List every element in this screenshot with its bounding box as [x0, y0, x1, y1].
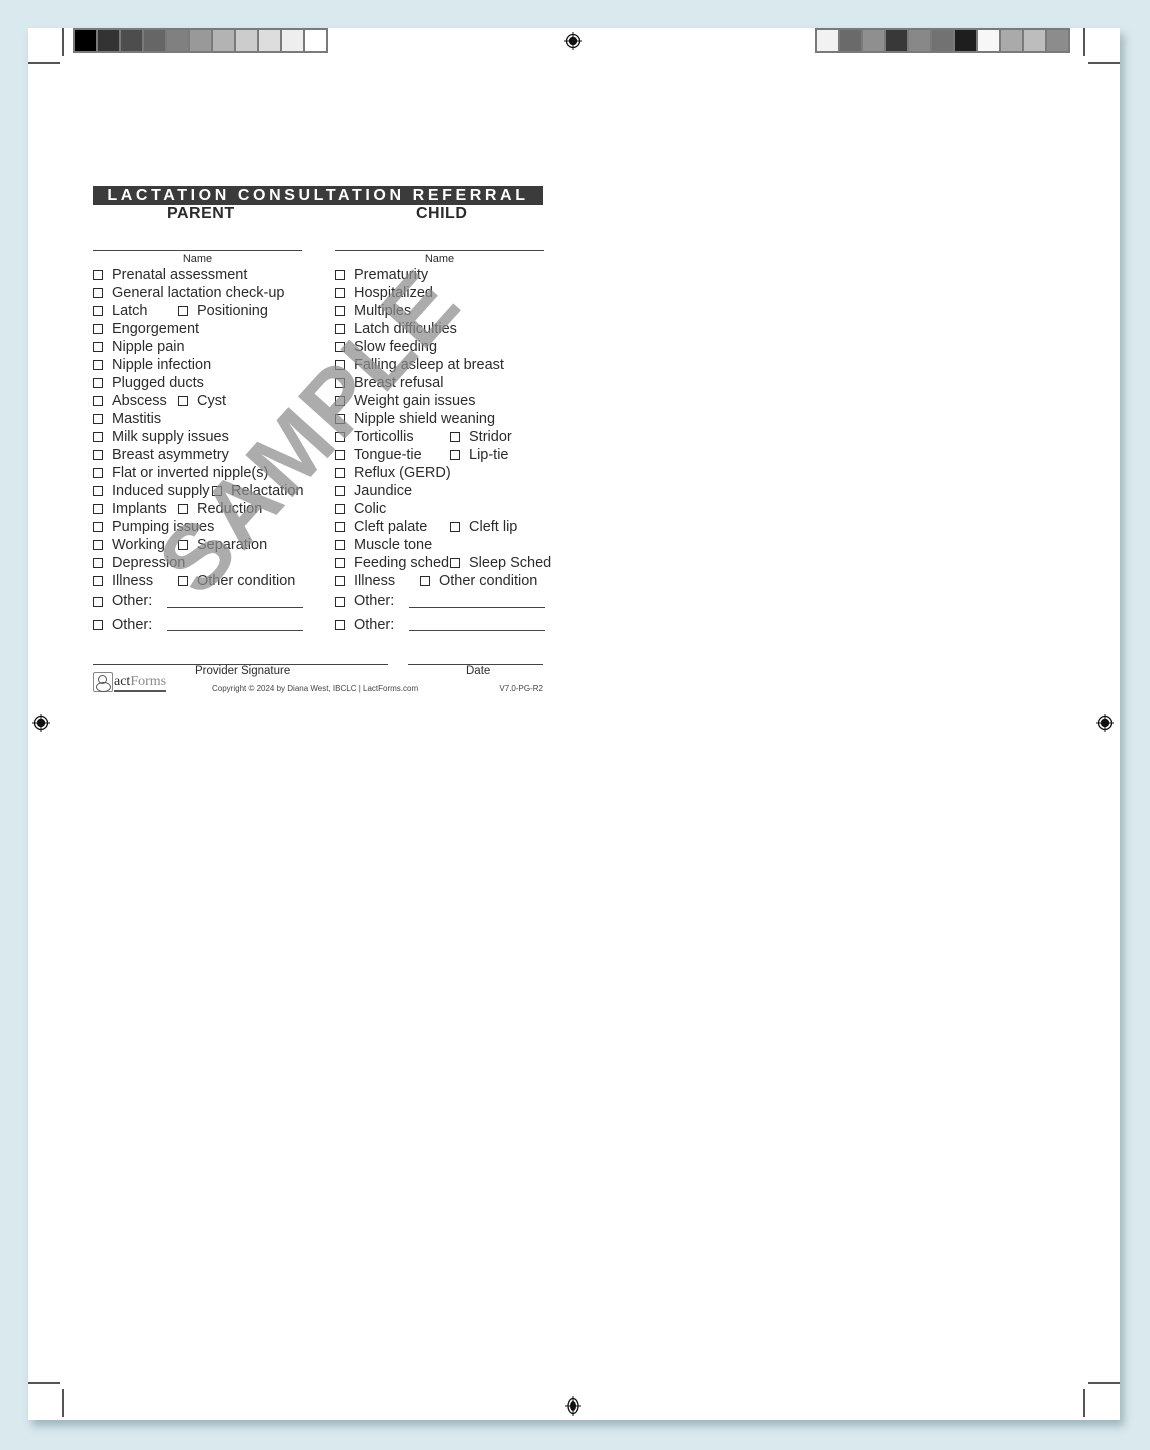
checklist-item[interactable]: Falling asleep at breast [335, 356, 504, 374]
checkbox[interactable] [335, 597, 345, 607]
checklist-row: Jaundice [335, 482, 544, 500]
checkbox[interactable] [93, 270, 103, 280]
checklist-row: Breast asymmetry [93, 446, 302, 464]
checkbox[interactable] [335, 540, 345, 550]
other-row: Other: [93, 614, 302, 638]
checkbox-label: Flat or inverted nipple(s) [112, 464, 268, 482]
checklist-item[interactable]: Working [93, 536, 165, 554]
checkbox[interactable] [178, 576, 188, 586]
checkbox-label: Breast refusal [354, 374, 443, 392]
color-swatch [1001, 30, 1022, 51]
checklist-item[interactable]: Hospitalized [335, 284, 433, 302]
color-swatch [1024, 30, 1045, 51]
checkbox-label: Cleft lip [469, 518, 517, 536]
color-swatch [978, 30, 999, 51]
checklist-row: LatchPositioning [93, 302, 302, 320]
color-calibration-bar-right [815, 28, 1070, 53]
checklist-row: Prenatal assessment [93, 266, 302, 284]
checkbox[interactable] [178, 540, 188, 550]
crop-mark [62, 1389, 64, 1417]
checklist-item[interactable]: Plugged ducts [93, 374, 204, 392]
checkbox[interactable] [335, 378, 345, 388]
checkbox-label: Reflux (GERD) [354, 464, 451, 482]
checkbox[interactable] [93, 342, 103, 352]
form-footer: Provider Signature Date actForms Copyrig… [93, 664, 543, 704]
child-column: Name PrematurityHospitalizedMultiplesLat… [335, 250, 544, 637]
checklist-item[interactable]: Lip-tie [450, 446, 509, 464]
checklist-item[interactable]: Nipple shield weaning [335, 410, 495, 428]
checklist-item[interactable]: Mastitis [93, 410, 161, 428]
checkbox-label: Prematurity [354, 266, 428, 284]
other-row: Other: [335, 590, 544, 614]
checkbox-label: Abscess [112, 392, 167, 410]
date-label: Date [466, 665, 490, 677]
color-calibration-bar-left [73, 28, 328, 53]
checkbox-label: General lactation check-up [112, 284, 285, 302]
crop-mark [1083, 1389, 1085, 1417]
checklist-item[interactable]: Breast asymmetry [93, 446, 229, 464]
checkbox-label: Prenatal assessment [112, 266, 247, 284]
checkbox[interactable] [93, 396, 103, 406]
checkbox-label: Nipple infection [112, 356, 211, 374]
checklist-row: Nipple shield weaning [335, 410, 544, 428]
parent-name-label: Name [93, 252, 302, 266]
checkbox[interactable] [335, 342, 345, 352]
checkbox[interactable] [450, 450, 460, 460]
checklist-row: Pumping issues [93, 518, 302, 536]
checkbox-label: Falling asleep at breast [354, 356, 504, 374]
other-row: Other: [335, 614, 544, 638]
checklist-row: AbscessCyst [93, 392, 302, 410]
checklist-item[interactable]: Relactation [212, 482, 304, 500]
checklist-item[interactable]: Depression [93, 554, 185, 572]
checklist-row: Tongue-tieLip-tie [335, 446, 544, 464]
checkbox-label: Cleft palate [354, 518, 427, 536]
checklist-item[interactable]: General lactation check-up [93, 284, 285, 302]
checklist-row: Reflux (GERD) [335, 464, 544, 482]
checklist-item[interactable]: Prematurity [335, 266, 428, 284]
parent-name-field[interactable] [93, 250, 302, 251]
checklist-row: Slow feeding [335, 338, 544, 356]
checkbox[interactable] [93, 597, 103, 607]
checklist-row: Weight gain issues [335, 392, 544, 410]
checkbox[interactable] [335, 324, 345, 334]
checklist-item[interactable]: Engorgement [93, 320, 199, 338]
checklist-item[interactable]: Reduction [178, 500, 262, 518]
checkbox[interactable] [93, 360, 103, 370]
color-swatch [932, 30, 953, 51]
checkbox-label: Working [112, 536, 165, 554]
checkbox[interactable] [93, 432, 103, 442]
checklist-row: Latch difficulties [335, 320, 544, 338]
parent-heading: PARENT [167, 205, 235, 223]
checklist-item[interactable]: Jaundice [335, 482, 412, 500]
checklist-row: Hospitalized [335, 284, 544, 302]
version-code: V7.0-PG-R2 [499, 684, 543, 693]
color-swatch [282, 30, 303, 51]
checkbox[interactable] [335, 504, 345, 514]
checklist-row: IllnessOther condition [93, 572, 302, 590]
checkbox[interactable] [93, 620, 103, 630]
checkbox[interactable] [335, 270, 345, 280]
checklist-item[interactable]: Stridor [450, 428, 512, 446]
signature-label: Provider Signature [195, 665, 290, 677]
checklist-item[interactable]: Tongue-tie [335, 446, 422, 464]
checklist-row: Plugged ducts [93, 374, 302, 392]
checkbox[interactable] [93, 306, 103, 316]
checkbox-label: Mastitis [112, 410, 161, 428]
checklist-item[interactable]: Slow feeding [335, 338, 437, 356]
registration-mark-icon [563, 31, 583, 51]
other-label: Other: [112, 590, 152, 614]
checkbox[interactable] [93, 522, 103, 532]
checkbox[interactable] [420, 576, 430, 586]
checkbox[interactable] [93, 288, 103, 298]
checkbox[interactable] [93, 558, 103, 568]
checkbox[interactable] [93, 450, 103, 460]
checkbox-label: Weight gain issues [354, 392, 475, 410]
checklist-item[interactable]: Implants [93, 500, 167, 518]
other-row: Other: [93, 590, 302, 614]
copyright-text: Copyright © 2024 by Diana West, IBCLC | … [212, 684, 418, 693]
checklist-row: Cleft palateCleft lip [335, 518, 544, 536]
checklist-item[interactable]: Torticollis [335, 428, 414, 446]
checkbox[interactable] [335, 360, 345, 370]
checklist-item[interactable]: Milk supply issues [93, 428, 229, 446]
checkbox[interactable] [335, 396, 345, 406]
checklist-item[interactable]: Prenatal assessment [93, 266, 247, 284]
checklist-item[interactable]: Illness [335, 572, 395, 590]
checklist-row: Induced supplyRelactation [93, 482, 302, 500]
checklist-row: TorticollisStridor [335, 428, 544, 446]
checkbox[interactable] [93, 378, 103, 388]
checkbox[interactable] [335, 432, 345, 442]
color-swatch [909, 30, 930, 51]
checkbox-label: Muscle tone [354, 536, 432, 554]
crop-mark [62, 28, 64, 56]
checklist-item[interactable]: Nipple infection [93, 356, 211, 374]
checklist-item[interactable]: Cyst [178, 392, 226, 410]
other-label: Other: [112, 614, 152, 638]
checklist-item[interactable]: Abscess [93, 392, 167, 410]
checkbox[interactable] [212, 486, 222, 496]
checkbox-label: Relactation [231, 482, 304, 500]
logo-text-act: act [114, 674, 130, 689]
checklist-item[interactable]: Muscle tone [335, 536, 432, 554]
other-checkbox-item[interactable]: Other: [93, 590, 152, 614]
other-text-field[interactable] [409, 607, 545, 608]
checkbox-label: Slow feeding [354, 338, 437, 356]
checklist-item[interactable]: Breast refusal [335, 374, 443, 392]
print-page [28, 28, 1120, 1420]
checkbox-label: Colic [354, 500, 386, 518]
checklist-item[interactable]: Sleep Sched [450, 554, 551, 572]
checkbox-label: Induced supply [112, 482, 210, 500]
checkbox-label: Latch difficulties [354, 320, 457, 338]
checkbox[interactable] [178, 306, 188, 316]
checklist-item[interactable]: Latch [93, 302, 147, 320]
checkbox[interactable] [335, 576, 345, 586]
checkbox[interactable] [335, 522, 345, 532]
color-swatch [886, 30, 907, 51]
checklist-item[interactable]: Separation [178, 536, 267, 554]
checklist-item[interactable]: Other condition [420, 572, 537, 590]
checkbox[interactable] [335, 288, 345, 298]
other-checkbox-item[interactable]: Other: [93, 614, 152, 638]
child-heading: CHILD [416, 205, 467, 223]
other-text-field[interactable] [167, 607, 303, 608]
checkbox-label: Plugged ducts [112, 374, 204, 392]
checklist-row: Prematurity [335, 266, 544, 284]
checkbox-label: Torticollis [354, 428, 414, 446]
checkbox[interactable] [178, 396, 188, 406]
checkbox[interactable] [335, 306, 345, 316]
checklist-item[interactable]: Reflux (GERD) [335, 464, 451, 482]
checkbox-label: Reduction [197, 500, 262, 518]
checkbox[interactable] [93, 414, 103, 424]
checklist-row: IllnessOther condition [335, 572, 544, 590]
color-swatch [817, 30, 838, 51]
checkbox-label: Cyst [197, 392, 226, 410]
checkbox-label: Hospitalized [354, 284, 433, 302]
crop-mark [1088, 62, 1120, 64]
checkbox[interactable] [335, 414, 345, 424]
checklist-row: Nipple pain [93, 338, 302, 356]
checklist-row: General lactation check-up [93, 284, 302, 302]
checklist-row: Breast refusal [335, 374, 544, 392]
other-text-field[interactable] [167, 630, 303, 631]
checkbox[interactable] [93, 576, 103, 586]
checklist-item[interactable]: Colic [335, 500, 386, 518]
crop-mark [28, 1382, 60, 1384]
checkbox-label: Pumping issues [112, 518, 214, 536]
checkbox-label: Illness [112, 572, 153, 590]
checkbox-label: Jaundice [354, 482, 412, 500]
crop-mark [1083, 28, 1085, 56]
checkbox-label: Latch [112, 302, 147, 320]
color-swatch [167, 30, 188, 51]
checkbox-label: Positioning [197, 302, 268, 320]
checkbox-label: Separation [197, 536, 267, 554]
checkbox[interactable] [93, 486, 103, 496]
checkbox-label: Stridor [469, 428, 512, 446]
color-swatch [98, 30, 119, 51]
checklist-item[interactable]: Nipple pain [93, 338, 185, 356]
other-label: Other: [354, 590, 394, 614]
checklist-row: WorkingSeparation [93, 536, 302, 554]
checklist-item[interactable]: Multiples [335, 302, 411, 320]
checkbox-label: Feeding sched [354, 554, 449, 572]
mother-baby-logo-icon [93, 672, 113, 692]
checklist-row: ImplantsReduction [93, 500, 302, 518]
checklist-item[interactable]: Cleft lip [450, 518, 517, 536]
color-swatch [236, 30, 257, 51]
checkbox-label: Other condition [197, 572, 295, 590]
checklist-row: Colic [335, 500, 544, 518]
color-swatch [1047, 30, 1068, 51]
checklist-item[interactable]: Feeding sched [335, 554, 449, 572]
checkbox-label: Milk supply issues [112, 428, 229, 446]
checkbox-label: Nipple pain [112, 338, 185, 356]
child-name-field[interactable] [335, 250, 544, 251]
color-swatch [259, 30, 280, 51]
checkbox-label: Lip-tie [469, 446, 509, 464]
checkbox[interactable] [450, 522, 460, 532]
logo-text-forms: Forms [130, 674, 166, 689]
checkbox[interactable] [335, 620, 345, 630]
checkbox[interactable] [335, 486, 345, 496]
checklist-row: Milk supply issues [93, 428, 302, 446]
checkbox[interactable] [93, 468, 103, 478]
checkbox-label: Sleep Sched [469, 554, 551, 572]
checkbox[interactable] [335, 558, 345, 568]
checkbox-label: Breast asymmetry [112, 446, 229, 464]
crop-mark [28, 62, 60, 64]
color-swatch [144, 30, 165, 51]
checklist-item[interactable]: Pumping issues [93, 518, 214, 536]
checklist-item[interactable]: Induced supply [93, 482, 210, 500]
checklist-row: Muscle tone [335, 536, 544, 554]
checkbox-label: Nipple shield weaning [354, 410, 495, 428]
checkbox[interactable] [178, 504, 188, 514]
checklist-row: Nipple infection [93, 356, 302, 374]
color-swatch [305, 30, 326, 51]
color-swatch [840, 30, 861, 51]
checklist-row: Multiples [335, 302, 544, 320]
other-text-field[interactable] [409, 630, 545, 631]
checklist-item[interactable]: Flat or inverted nipple(s) [93, 464, 268, 482]
checkbox[interactable] [93, 504, 103, 514]
registration-mark-icon [31, 713, 51, 733]
checkbox-label: Illness [354, 572, 395, 590]
checklist-row: Feeding schedSleep Sched [335, 554, 544, 572]
crop-mark [1088, 1382, 1120, 1384]
checkbox[interactable] [335, 450, 345, 460]
color-swatch [955, 30, 976, 51]
lactforms-logo: actForms [93, 670, 181, 692]
parent-column: Name Prenatal assessmentGeneral lactatio… [93, 250, 302, 637]
checklist-item[interactable]: Positioning [178, 302, 268, 320]
checklist-row: Flat or inverted nipple(s) [93, 464, 302, 482]
color-swatch [213, 30, 234, 51]
checklist-item[interactable]: Latch difficulties [335, 320, 457, 338]
registration-mark-icon [563, 1396, 583, 1416]
color-swatch [190, 30, 211, 51]
referral-form: LACTATION CONSULTATION REFERRAL PARENT C… [93, 186, 543, 225]
checklist-item[interactable]: Cleft palate [335, 518, 427, 536]
form-title: LACTATION CONSULTATION REFERRAL [93, 186, 543, 205]
checkbox[interactable] [93, 540, 103, 550]
checklist-row: Engorgement [93, 320, 302, 338]
checkbox-label: Depression [112, 554, 185, 572]
child-name-label: Name [335, 252, 544, 266]
color-swatch [75, 30, 96, 51]
other-label: Other: [354, 614, 394, 638]
checklist-item[interactable]: Illness [93, 572, 153, 590]
checkbox-label: Engorgement [112, 320, 199, 338]
checkbox-label: Tongue-tie [354, 446, 422, 464]
registration-mark-icon [1095, 713, 1115, 733]
checkbox-label: Multiples [354, 302, 411, 320]
color-swatch [863, 30, 884, 51]
checklist-row: Depression [93, 554, 302, 572]
checkbox-label: Implants [112, 500, 167, 518]
checklist-item[interactable]: Weight gain issues [335, 392, 475, 410]
other-checkbox-item[interactable]: Other: [335, 614, 394, 638]
checklist-item[interactable]: Other condition [178, 572, 295, 590]
checkbox[interactable] [93, 324, 103, 334]
checkbox[interactable] [450, 432, 460, 442]
checklist-row: Mastitis [93, 410, 302, 428]
checklist-row: Falling asleep at breast [335, 356, 544, 374]
checkbox-label: Other condition [439, 572, 537, 590]
checkbox[interactable] [335, 468, 345, 478]
other-checkbox-item[interactable]: Other: [335, 590, 394, 614]
color-swatch [121, 30, 142, 51]
checkbox[interactable] [450, 558, 460, 568]
